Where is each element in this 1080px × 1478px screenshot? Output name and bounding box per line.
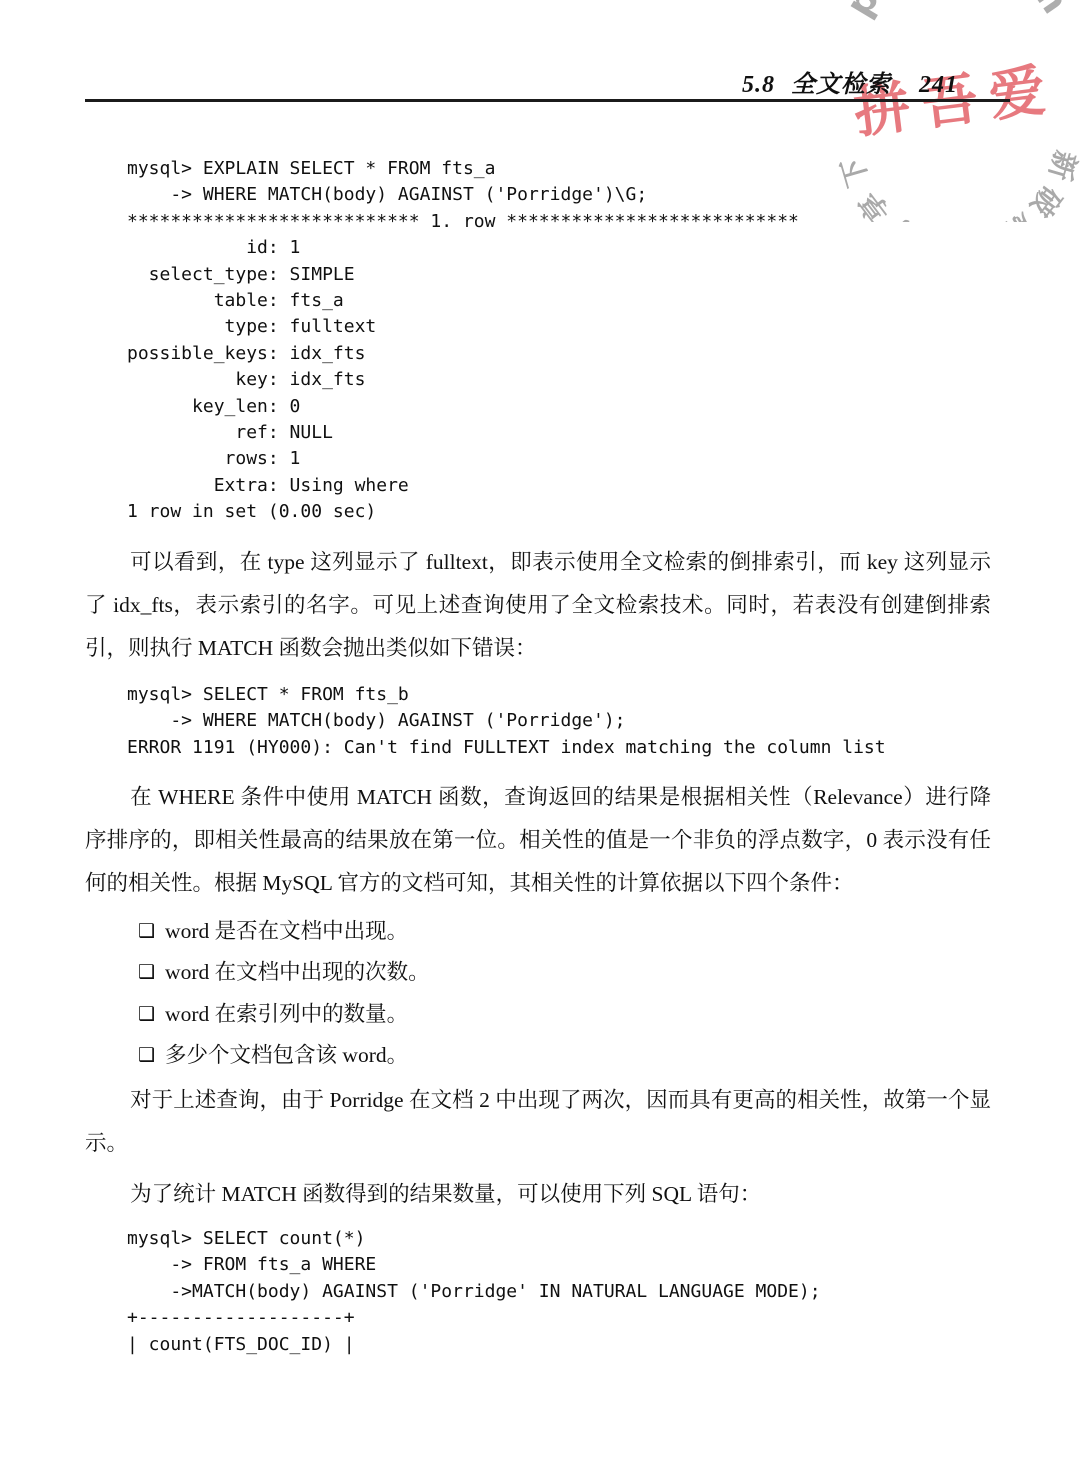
list-item: ❑word 在索引列中的数量。 xyxy=(138,994,991,1036)
list-item: ❑多少个文档包含该 word。 xyxy=(138,1035,991,1077)
page-number: 241 xyxy=(919,72,958,98)
square-bullet-icon: ❑ xyxy=(138,961,155,983)
code-block-fulltext-error: mysql> SELECT * FROM fts_b -> WHERE MATC… xyxy=(127,682,991,761)
list-item: ❑word 是否在文档中出现。 xyxy=(138,911,991,953)
code-block-count-query: mysql> SELECT count(*) -> FROM fts_a WHE… xyxy=(127,1226,991,1358)
paragraph-relevance-explanation: 在 WHERE 条件中使用 MATCH 函数，查询返回的结果是根据相关性（Rel… xyxy=(85,776,991,905)
paragraph-porridge-relevance: 对于上述查询，由于 Porridge 在文档 2 中出现了两次，因而具有更高的相… xyxy=(85,1079,991,1165)
code-block-explain-fulltext: mysql> EXPLAIN SELECT * FROM fts_a -> WH… xyxy=(127,156,991,526)
paragraph-count-intro: 为了统计 MATCH 函数得到的结果数量，可以使用下列 SQL 语句： xyxy=(85,1173,991,1216)
book-page: pin5i.com 最新破解软件分享下载 拼吾爱 5.8全文检索241 mysq… xyxy=(0,0,1080,1478)
header-rule xyxy=(85,99,1010,102)
list-item-text: word 在索引列中的数量。 xyxy=(165,1002,408,1026)
page-content: mysql> EXPLAIN SELECT * FROM fts_a -> WH… xyxy=(85,150,991,1358)
relevance-condition-list: ❑word 是否在文档中出现。 ❑word 在文档中出现的次数。 ❑word 在… xyxy=(85,911,991,1077)
list-item-text: word 在文档中出现的次数。 xyxy=(165,960,430,984)
square-bullet-icon: ❑ xyxy=(138,1003,155,1025)
square-bullet-icon: ❑ xyxy=(138,920,155,942)
running-header: 5.8全文检索241 xyxy=(85,64,1010,99)
watermark-domain-text: pin5i.com xyxy=(837,0,1078,24)
list-item: ❑word 在文档中出现的次数。 xyxy=(138,952,991,994)
square-bullet-icon: ❑ xyxy=(138,1044,155,1066)
section-number: 5.8 xyxy=(742,72,775,98)
section-title: 全文检索 xyxy=(791,72,891,98)
list-item-text: word 是否在文档中出现。 xyxy=(165,919,408,943)
list-item-text: 多少个文档包含该 word。 xyxy=(165,1043,408,1067)
paragraph-fulltext-explanation: 可以看到，在 type 这列显示了 fulltext，即表示使用全文检索的倒排索… xyxy=(85,541,991,670)
